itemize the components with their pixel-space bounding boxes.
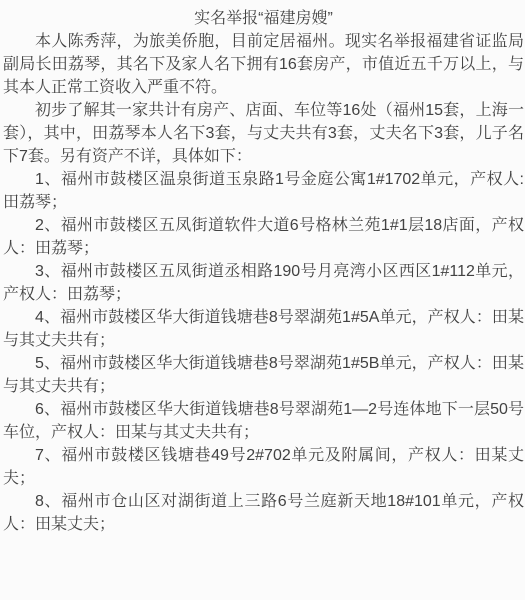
property-item-6: 6、福州市鼓楼区华大街道钱塘巷8号翠湖苑1—2号连体地下一层50号车位，产权人：… (3, 398, 524, 444)
intro-paragraph: 本人陈秀萍，为旅美侨胞，目前定居福州。现实名举报福建省证监局副局长田荔琴，其名下… (3, 30, 524, 99)
report-title: 实名举报“福建房嫂” (3, 7, 524, 30)
report-document: 实名举报“福建房嫂” 本人陈秀萍，为旅美侨胞，目前定居福州。现实名举报福建省证监… (0, 0, 525, 600)
property-item-2: 2、福州市鼓楼区五凤街道软件大道6号格林兰苑1#1层18店面，产权人：田荔琴； (3, 214, 524, 260)
property-item-1: 1、福州市鼓楼区温泉街道玉泉路1号金庭公寓1#1702单元，产权人:田荔琴； (3, 168, 524, 214)
property-item-7: 7、福州市鼓楼区钱塘巷49号2#702单元及附属间，产权人：田某丈夫； (3, 444, 524, 490)
property-item-5: 5、福州市鼓楼区华大街道钱塘巷8号翠湖苑1#5B单元，产权人：田某与其丈夫共有； (3, 352, 524, 398)
property-item-4: 4、福州市鼓楼区华大街道钱塘巷8号翠湖苑1#5A单元，产权人：田某与其丈夫共有； (3, 306, 524, 352)
property-item-8: 8、福州市仓山区对湖街道上三路6号兰庭新天地18#101单元，产权人：田某丈夫； (3, 490, 524, 536)
property-item-3: 3、福州市鼓楼区五凤街道丞相路190号月亮湾小区西区1#112单元，产权人：田荔… (3, 260, 524, 306)
summary-paragraph: 初步了解其一家共计有房产、店面、车位等16处（福州15套，上海一套），其中，田荔… (3, 99, 524, 168)
